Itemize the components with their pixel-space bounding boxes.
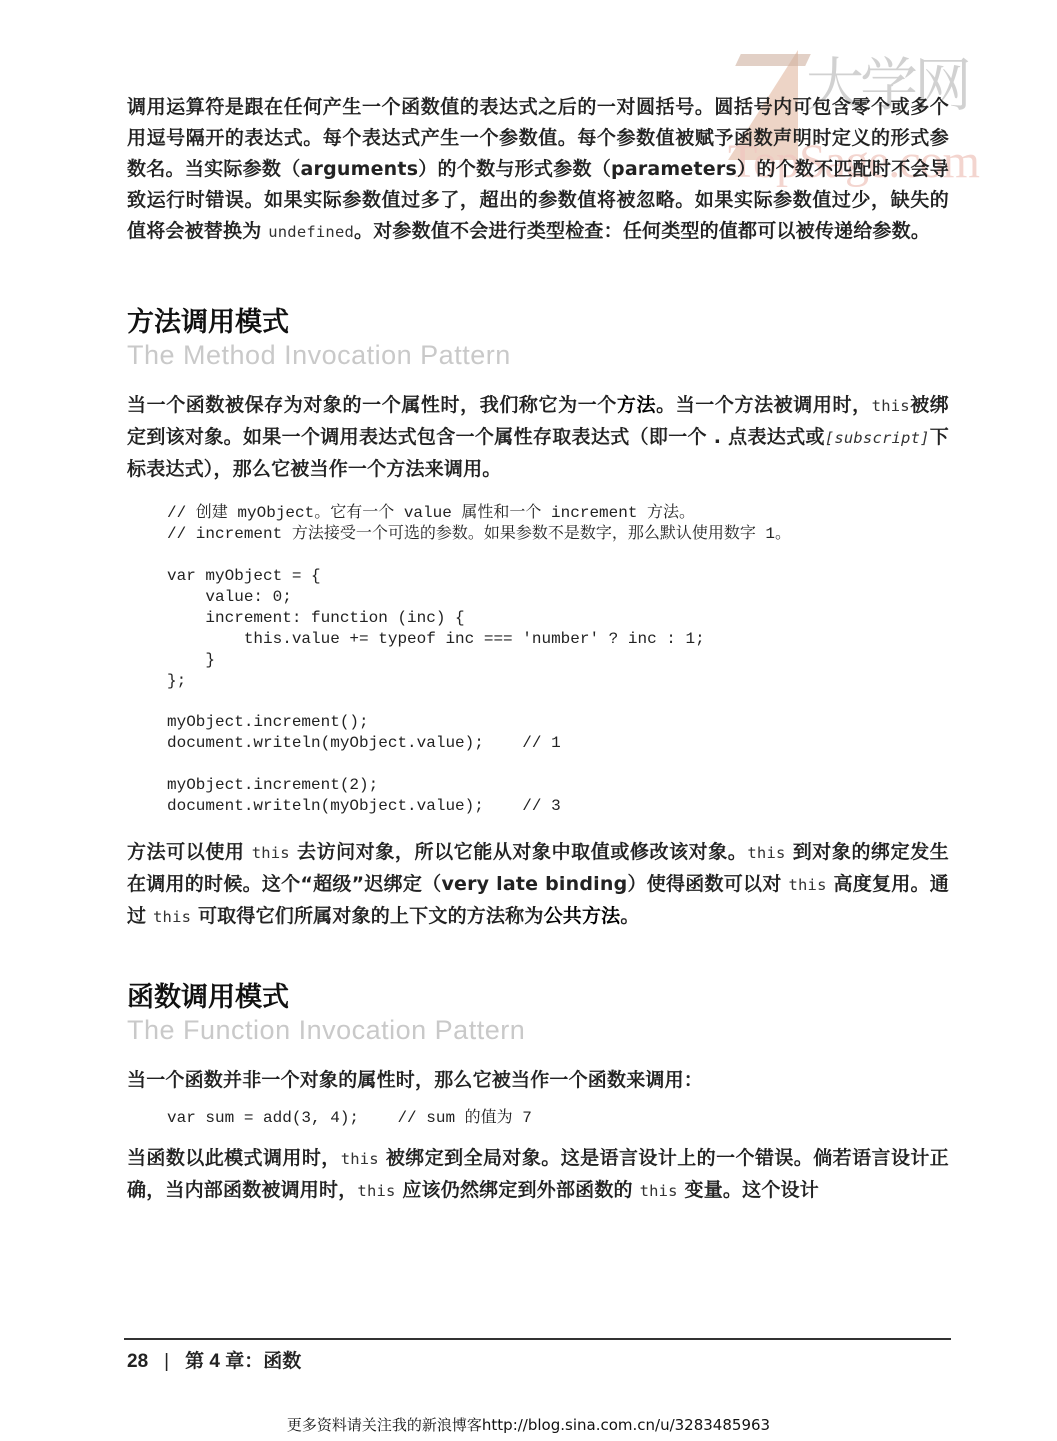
method-paragraph-1: 当一个函数被保存为对象的一个属性时，我们称它为一个方法。当一个方法被调用时，th…: [127, 390, 949, 485]
term-public-method: 公共方法: [544, 905, 621, 927]
text: 方法可以使用: [127, 841, 252, 863]
intro-text-2: 。对参数值不会进行类型检查：任何类型的值都可以被传递给参数。: [354, 220, 930, 242]
code-block-add: var sum = add(3, 4); // sum 的值为 7: [127, 1108, 949, 1129]
code-block-myobject: // 创建 myObject。它有一个 value 属性和一个 incremen…: [127, 503, 949, 692]
function-paragraph-2: 当函数以此模式调用时，this 被绑定到全局对象。这是语言设计上的一个错误。倘若…: [127, 1143, 949, 1207]
inline-code-this: this: [747, 844, 785, 862]
section-subtitle: The Method Invocation Pattern: [127, 340, 949, 370]
inline-code-this: this: [252, 844, 290, 862]
footer-separator: |: [164, 1351, 169, 1373]
footer-divider: [124, 1338, 951, 1340]
inline-code-this: this: [153, 908, 191, 926]
inline-code-this: this: [640, 1182, 678, 1200]
text: 。: [620, 905, 639, 927]
section-title: 函数调用模式: [127, 981, 949, 1015]
intro-paragraph: 调用运算符是跟在任何产生一个函数值的表达式之后的一对圆括号。圆括号内可包含零个或…: [127, 92, 949, 248]
section-function-invocation: 函数调用模式 The Function Invocation Pattern 当…: [127, 981, 949, 1207]
page-footer: 28|第 4 章：函数: [127, 1346, 301, 1373]
text: 可取得它们所属对象的上下文的方法称为: [191, 905, 543, 927]
page-content: 调用运算符是跟在任何产生一个函数值的表达式之后的一对圆括号。圆括号内可包含零个或…: [127, 92, 949, 1207]
text: 。当一个方法被调用时，: [656, 394, 872, 416]
text: 应该仍然绑定到外部函数的: [396, 1179, 640, 1201]
text: 当函数以此模式调用时，: [127, 1147, 341, 1169]
term-method: 方法: [617, 394, 656, 416]
page-number: 28: [127, 1351, 148, 1372]
inline-code-this: this: [788, 876, 826, 894]
text: 去访问对象，所以它能从对象中取值或修改该对象。: [290, 841, 748, 863]
function-paragraph-1: 当一个函数并非一个对象的属性时，那么它被当作一个函数来调用：: [127, 1065, 949, 1096]
text: 变量。这个设计: [678, 1179, 819, 1201]
inline-code-this: this: [357, 1182, 395, 1200]
watermark-logo-bar: [735, 54, 811, 66]
section-method-invocation: 方法调用模式 The Method Invocation Pattern 当一个…: [127, 306, 949, 933]
inline-code-subscript: [subscript]: [825, 429, 930, 447]
section-subtitle: The Function Invocation Pattern: [127, 1015, 949, 1045]
inline-code-this: this: [872, 397, 910, 415]
blog-note: 更多资料请关注我的新浪博客http://blog.sina.com.cn/u/3…: [0, 1414, 1057, 1435]
text: 当一个函数被保存为对象的一个属性时，我们称它为一个: [127, 394, 617, 416]
inline-code-undefined: undefined: [268, 223, 354, 241]
section-title: 方法调用模式: [127, 306, 949, 340]
code-block-increment-calls: myObject.increment(); document.writeln(m…: [127, 712, 949, 817]
method-paragraph-2: 方法可以使用 this 去访问对象，所以它能从对象中取值或修改该对象。this …: [127, 837, 949, 933]
inline-code-this: this: [341, 1150, 379, 1168]
chapter-title: 第 4 章：函数: [185, 1351, 301, 1372]
